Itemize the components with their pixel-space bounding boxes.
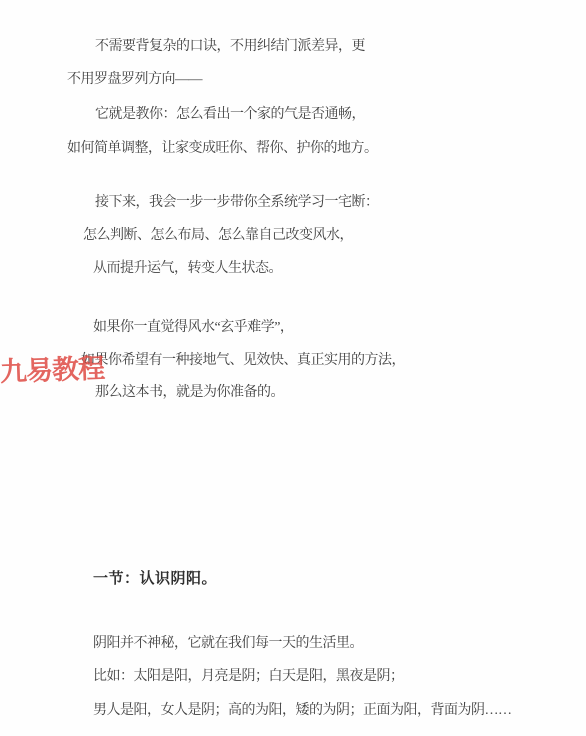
paragraph-line: 如何简单调整，让家变成旺你、帮你、护你的地方。 [67,140,378,158]
paragraph-line: 那么这本书，就是为你准备的。 [95,384,284,402]
paragraph-line: 如果你希望有一种接地气、见效快、真正实用的方法， [81,352,405,370]
paragraph-line: 接下来，我会一步一步带你全系统学习一宅断： [95,194,379,212]
paragraph-line: 不需要背复杂的口诀，不用纠结门派差异，更 [95,38,365,56]
paragraph-line: 比如：太阳是阳，月亮是阴；白天是阳，黑夜是阴； [93,668,404,686]
watermark-logo: 九易教程 [0,346,105,389]
paragraph-line: 它就是教你：怎么看出一个家的气是否通畅， [95,106,365,124]
paragraph-line: 男人是阳，女人是阴；高的为阳，矮的为阴；正面为阳，背面为阴…… [93,702,512,720]
paragraph-line: 如果你一直觉得风水“玄乎难学”， [93,319,293,337]
paragraph-line: 不用罗盘罗列方向—— [67,71,202,89]
paragraph-line: 怎么判断、怎么布局、怎么靠自己改变风水， [83,227,353,245]
section-heading: 一节：认识阴阳。 [93,570,217,589]
document-page: 不需要背复杂的口诀，不用纠结门派差异，更 不用罗盘罗列方向—— 它就是教你：怎么… [0,0,586,736]
paragraph-line: 阴阳并不神秘，它就在我们每一天的生活里。 [93,635,363,653]
paragraph-line: 从而提升运气，转变人生状态。 [93,260,282,278]
